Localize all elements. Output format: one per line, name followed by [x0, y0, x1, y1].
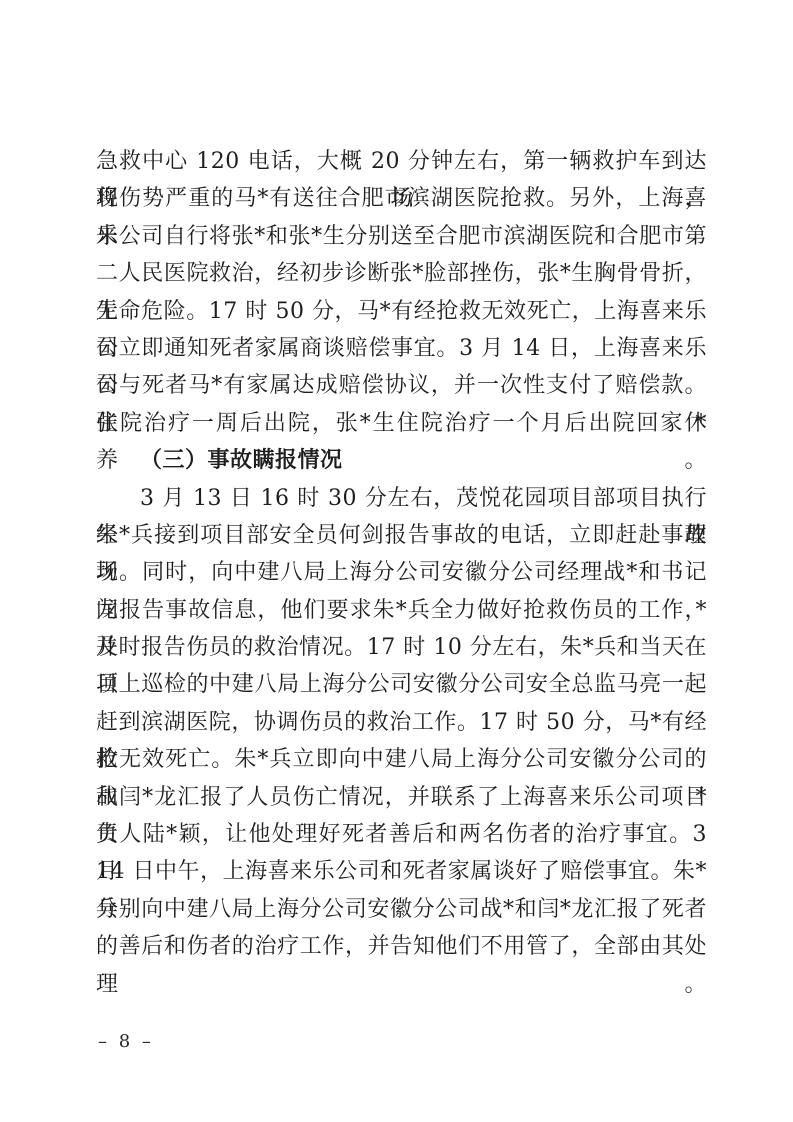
page-footer: – 8 –	[98, 1031, 154, 1052]
text-line: 责人陆*颖，让他处理好死者善后和两名伤者的治疗事宜。3 月	[96, 816, 707, 853]
text-line: 及时报告伤员的救治情况。17 时 10 分左右，朱*兵和当天在项	[96, 629, 707, 666]
text-line: 龙报告事故信息，他们要求朱*兵全力做好抢救伤员的工作，并	[96, 592, 707, 629]
document-page: 急救中心 120 电话，大概 20 分钟左右，第一辆救护车到达现场，将伤势严重的…	[0, 0, 793, 1122]
text-line: 和闫*龙汇报了人员伤亡情况，并联系了上海喜来乐公司项目负	[96, 779, 707, 816]
text-line: 分别向中建八局上海分公司安徽分公司战*和闫*龙汇报了死者	[96, 891, 707, 928]
text-line: 急救中心 120 电话，大概 20 分钟左右，第一辆救护车到达现场，	[96, 143, 707, 180]
text-line: 的善后和伤者的治疗工作，并告知他们不用管了，全部由其处理。	[96, 928, 707, 965]
text-line: 二人民医院救治，经初步诊断张*脸部挫伤，张*生胸骨骨折，无	[96, 255, 707, 292]
document-body: 急救中心 120 电话，大概 20 分钟左右，第一辆救护车到达现场，将伤势严重的…	[96, 143, 707, 966]
text-line: 乐公司自行将张*和张*生分别送至合肥市滨湖医院和合肥市第	[96, 218, 707, 255]
text-line: 将伤势严重的马*有送往合肥市滨湖医院抢救。另外，上海喜来	[96, 180, 707, 217]
text-line: 生命危险。17 时 50 分，马*有经抢救无效死亡，上海喜来乐公	[96, 293, 707, 330]
text-line: 住院治疗一周后出院，张*生住院治疗一个月后出院回家休养。	[96, 405, 707, 442]
page-number: – 8 –	[98, 1031, 154, 1052]
text-line: 司与死者马*有家属达成赔偿协议，并一次性支付了赔偿款。张*	[96, 367, 707, 404]
text-line: 目上巡检的中建八局上海分公司安徽分公司安全总监马亮一起	[96, 666, 707, 703]
text-line: 赶到滨湖医院，协调伤员的救治工作。17 时 50 分，马*有经抢	[96, 704, 707, 741]
text-line: 3 月 13 日 16 时 30 分左右，茂悦花园项目部项目执行经理	[96, 480, 707, 517]
text-line: 朱*兵接到项目部安全员何剑报告事故的电话，立即赶赴事故现	[96, 517, 707, 554]
text-line: 司立即通知死者家属商谈赔偿事宜。3 月 14 日，上海喜来乐公	[96, 330, 707, 367]
text-line: 场。同时，向中建八局上海分公司安徽分公司经理战*和书记闫*	[96, 554, 707, 591]
text-line: 14 日中午，上海喜来乐公司和死者家属谈好了赔偿事宜。朱*兵	[96, 853, 707, 890]
text-line: 救无效死亡。朱*兵立即向中建八局上海分公司安徽分公司的战*	[96, 741, 707, 778]
